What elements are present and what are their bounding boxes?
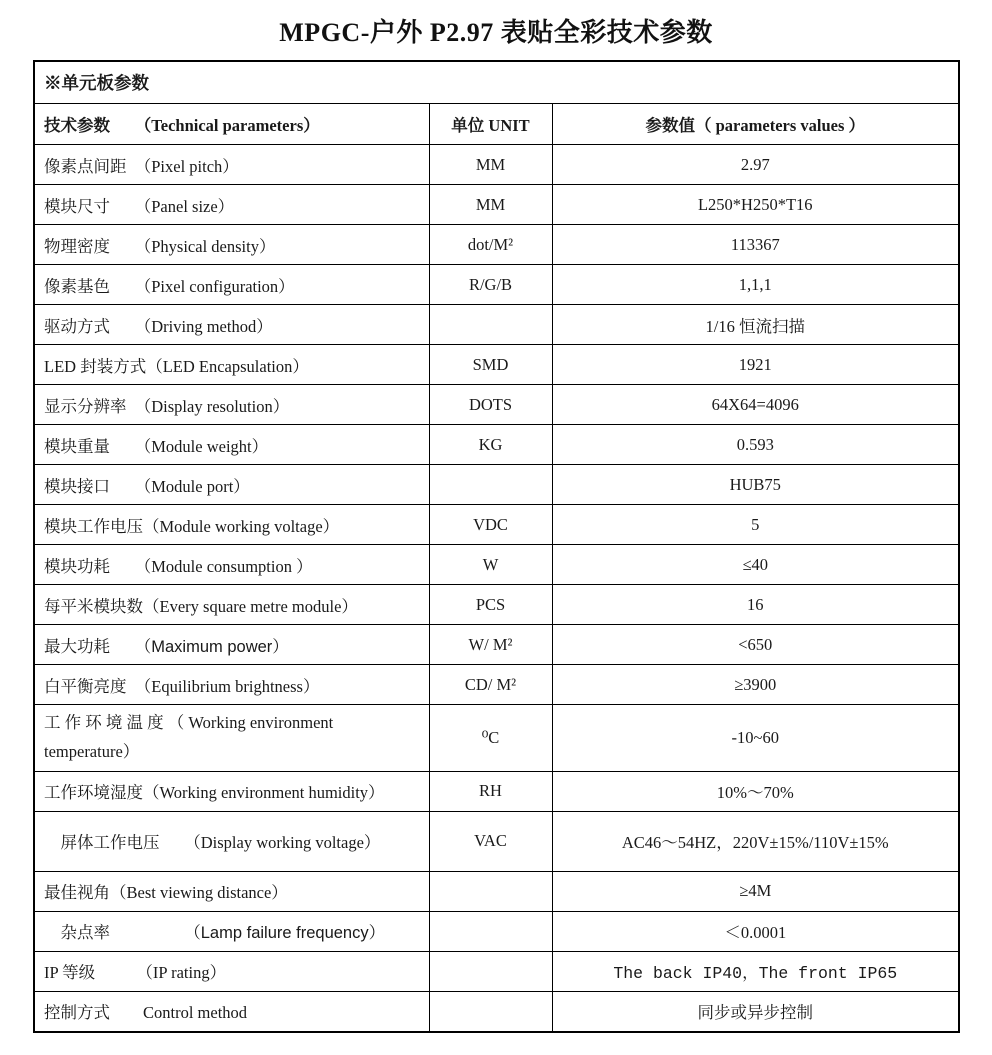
- table-row: 像素基色 （Pixel configuration）R/G/B1,1,1: [34, 265, 959, 305]
- column-header-technical-parameters: 技术参数 （Technical parameters）: [34, 104, 429, 145]
- param-value: 2.97: [552, 145, 959, 185]
- param-value: The back IP40，The front IP65: [552, 951, 959, 991]
- table-row: 最佳视角（Best viewing distance）≥4M: [34, 871, 959, 911]
- param-value: ＜0.0001: [552, 911, 959, 951]
- table-row: 工 作 环 境 温 度 （ Working environment temper…: [34, 705, 959, 772]
- param-unit: RH: [429, 771, 552, 811]
- param-label: 模块尺寸 （Panel size）: [34, 185, 429, 225]
- column-header-parameter-values: 参数值（ parameters values ）: [552, 104, 959, 145]
- param-unit: MM: [429, 185, 552, 225]
- column-header-unit: 单位 UNIT: [429, 104, 552, 145]
- param-value: ≥4M: [552, 871, 959, 911]
- param-value: 113367: [552, 225, 959, 265]
- param-label: 最佳视角（Best viewing distance）: [34, 871, 429, 911]
- param-label: 模块重量 （Module weight）: [34, 425, 429, 465]
- param-unit: ⁰C: [429, 705, 552, 772]
- param-unit: KG: [429, 425, 552, 465]
- param-label: 模块功耗 （Module consumption ）: [34, 545, 429, 585]
- param-label: 白平衡亮度 （Equilibrium brightness）: [34, 665, 429, 705]
- param-unit: dot/M²: [429, 225, 552, 265]
- table-row: 每平米模块数（Every square metre module）PCS16: [34, 585, 959, 625]
- param-value: 1/16 恒流扫描: [552, 305, 959, 345]
- param-value: 64X64=4096: [552, 385, 959, 425]
- param-unit: MM: [429, 145, 552, 185]
- table-row: 屏体工作电压 （Display working voltage）VACAC46～…: [34, 811, 959, 871]
- param-label: 驱动方式 （Driving method）: [34, 305, 429, 345]
- param-unit: [429, 911, 552, 951]
- table-row: 白平衡亮度 （Equilibrium brightness）CD/ M²≥390…: [34, 665, 959, 705]
- param-unit: R/G/B: [429, 265, 552, 305]
- param-value: ≥3900: [552, 665, 959, 705]
- param-unit: [429, 871, 552, 911]
- spec-table: ※单元板参数 技术参数 （Technical parameters） 单位 UN…: [33, 60, 960, 1033]
- param-value: 1,1,1: [552, 265, 959, 305]
- param-value: 10%～70%: [552, 771, 959, 811]
- spec-table-head: ※单元板参数 技术参数 （Technical parameters） 单位 UN…: [34, 61, 959, 145]
- table-row: 物理密度 （Physical density）dot/M²113367: [34, 225, 959, 265]
- param-value: ≤40: [552, 545, 959, 585]
- param-unit: PCS: [429, 585, 552, 625]
- param-label: 控制方式 Control method: [34, 991, 429, 1032]
- param-unit: W: [429, 545, 552, 585]
- table-row: 模块尺寸 （Panel size）MML250*H250*T16: [34, 185, 959, 225]
- param-value: L250*H250*T16: [552, 185, 959, 225]
- param-label: 物理密度 （Physical density）: [34, 225, 429, 265]
- param-unit: [429, 305, 552, 345]
- param-value: <650: [552, 625, 959, 665]
- param-label: 工作环境湿度（Working environment humidity）: [34, 771, 429, 811]
- param-value: 0.593: [552, 425, 959, 465]
- table-row: 模块重量 （Module weight）KG0.593: [34, 425, 959, 465]
- table-row: 模块工作电压（Module working voltage）VDC5: [34, 505, 959, 545]
- section-header-row: ※单元板参数: [34, 61, 959, 104]
- param-label: 模块接口 （Module port）: [34, 465, 429, 505]
- param-unit: SMD: [429, 345, 552, 385]
- page-title: MPGC-户外 P2.97 表贴全彩技术参数: [0, 0, 992, 49]
- param-label: 像素点间距 （Pixel pitch）: [34, 145, 429, 185]
- param-unit: DOTS: [429, 385, 552, 425]
- spec-table-body: 像素点间距 （Pixel pitch）MM2.97模块尺寸 （Panel siz…: [34, 145, 959, 1032]
- param-label: IP 等级 （IP rating）: [34, 951, 429, 991]
- table-row: 模块功耗 （Module consumption ）W≤40: [34, 545, 959, 585]
- param-value: 1921: [552, 345, 959, 385]
- param-value: AC46～54HZ，220V±15%/110V±15%: [552, 811, 959, 871]
- table-row: 像素点间距 （Pixel pitch）MM2.97: [34, 145, 959, 185]
- table-row: 控制方式 Control method同步或异步控制: [34, 991, 959, 1032]
- param-label: 模块工作电压（Module working voltage）: [34, 505, 429, 545]
- document-page: MPGC-户外 P2.97 表贴全彩技术参数 ※单元板参数 技术参数 （Tech…: [0, 0, 992, 1055]
- table-row: 工作环境湿度（Working environment humidity）RH10…: [34, 771, 959, 811]
- param-value: 16: [552, 585, 959, 625]
- param-label: 屏体工作电压 （Display working voltage）: [34, 811, 429, 871]
- param-unit: [429, 465, 552, 505]
- table-row: 显示分辨率 （Display resolution）DOTS64X64=4096: [34, 385, 959, 425]
- param-value: 同步或异步控制: [552, 991, 959, 1032]
- param-unit: VDC: [429, 505, 552, 545]
- table-row: 模块接口 （Module port）HUB75: [34, 465, 959, 505]
- param-label: 最大功耗 （Maximum power）: [34, 625, 429, 665]
- param-label: 像素基色 （Pixel configuration）: [34, 265, 429, 305]
- table-row: 最大功耗 （Maximum power）W/ M²<650: [34, 625, 959, 665]
- param-value: HUB75: [552, 465, 959, 505]
- param-label: 显示分辨率 （Display resolution）: [34, 385, 429, 425]
- table-row: 杂点率 （Lamp failure frequency）＜0.0001: [34, 911, 959, 951]
- table-row: LED 封装方式（LED Encapsulation）SMD1921: [34, 345, 959, 385]
- column-header-row: 技术参数 （Technical parameters） 单位 UNIT 参数值（…: [34, 104, 959, 145]
- param-unit: VAC: [429, 811, 552, 871]
- param-label: 工 作 环 境 温 度 （ Working environment temper…: [34, 705, 429, 772]
- section-header: ※单元板参数: [34, 61, 959, 104]
- param-value: -10~60: [552, 705, 959, 772]
- param-unit: [429, 991, 552, 1032]
- param-value: 5: [552, 505, 959, 545]
- table-row: 驱动方式 （Driving method）1/16 恒流扫描: [34, 305, 959, 345]
- param-unit: W/ M²: [429, 625, 552, 665]
- param-unit: [429, 951, 552, 991]
- param-unit: CD/ M²: [429, 665, 552, 705]
- param-label: 每平米模块数（Every square metre module）: [34, 585, 429, 625]
- param-label: 杂点率 （Lamp failure frequency）: [34, 911, 429, 951]
- table-row: IP 等级 （IP rating）The back IP40，The front…: [34, 951, 959, 991]
- param-label: LED 封装方式（LED Encapsulation）: [34, 345, 429, 385]
